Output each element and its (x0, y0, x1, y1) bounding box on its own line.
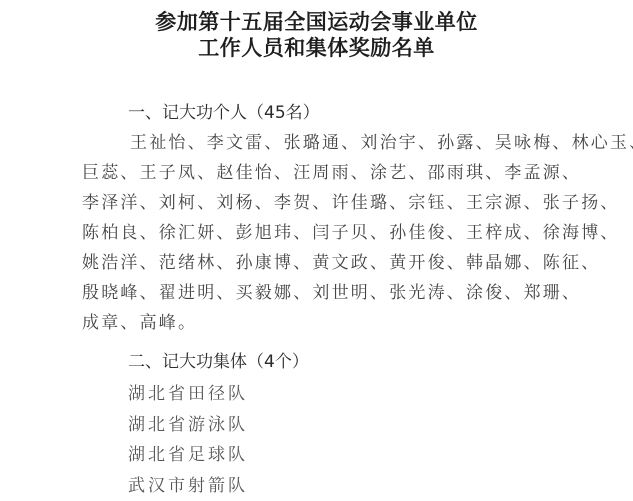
collective-item: 湖北省田径队 (128, 379, 248, 410)
names-line: 陈柏良、徐汇妍、彭旭玮、闫子贝、孙佳俊、王梓成、徐海博、 (82, 218, 622, 248)
names-line: 巨蕊、王子凤、赵佳怡、汪周雨、涂艺、邵雨琪、李孟源、 (82, 158, 622, 188)
names-line: 成章、高峰。 (82, 308, 622, 338)
document-page: 参加第十五届全国运动会事业单位 工作人员和集体奖励名单 一、记大功个人（45名）… (0, 0, 633, 501)
names-line: 王祉怡、李文雷、张璐通、刘治宇、孙露、吴咏梅、林心玉、 (82, 128, 622, 158)
collective-item: 湖北省游泳队 (128, 410, 248, 441)
names-line: 殷晓峰、翟进明、买毅娜、刘世明、张光涛、涂俊、郑珊、 (82, 278, 622, 308)
names-line: 李泽洋、刘柯、刘杨、李贺、许佳璐、宗钰、王宗源、张子扬、 (82, 188, 622, 218)
document-title-line-2: 工作人员和集体奖励名单 (0, 32, 633, 62)
individual-names-list: 王祉怡、李文雷、张璐通、刘治宇、孙露、吴咏梅、林心玉、 巨蕊、王子凤、赵佳怡、汪… (82, 128, 622, 338)
names-line: 姚浩洋、范绪林、孙康博、黄文政、黄开俊、韩晶娜、陈征、 (82, 248, 622, 278)
collective-item: 湖北省足球队 (128, 440, 248, 471)
collective-item: 武汉市射箭队 (128, 471, 248, 501)
collective-list: 湖北省田径队 湖北省游泳队 湖北省足球队 武汉市射箭队 (128, 379, 248, 501)
section-heading-collectives: 二、记大功集体（4个） (128, 347, 309, 372)
section-heading-individuals: 一、记大功个人（45名） (128, 98, 320, 123)
